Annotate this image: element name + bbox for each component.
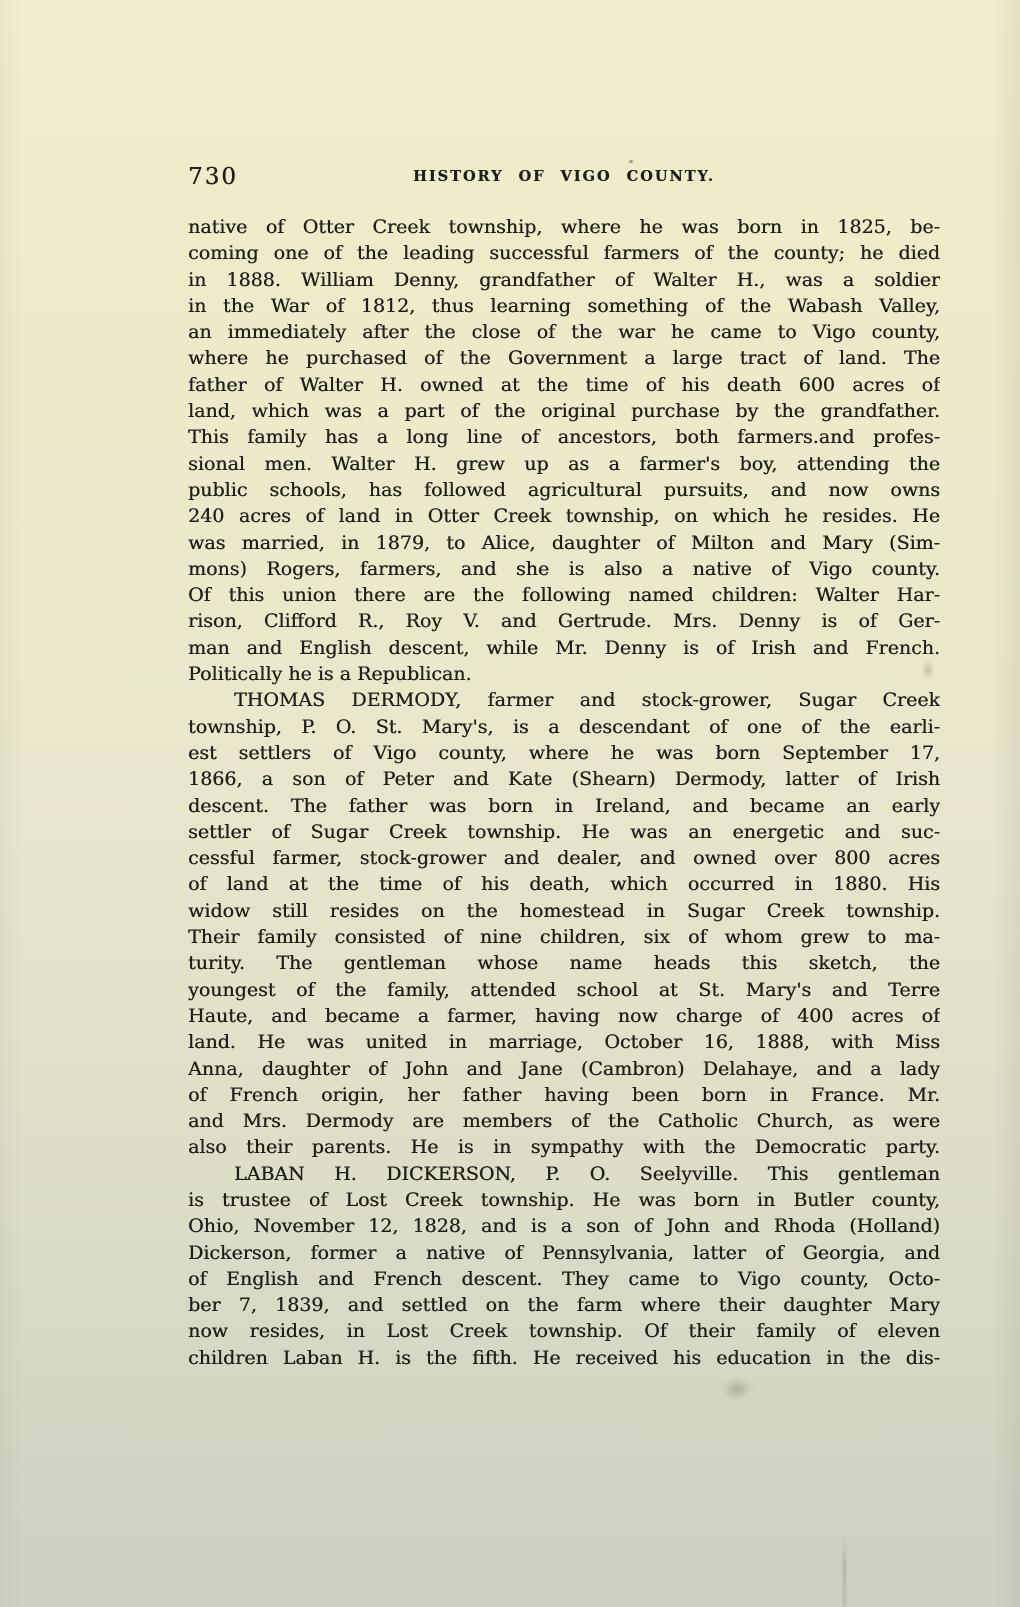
ink-smudge bbox=[722, 1378, 752, 1400]
text-line: cessful farmer, stock-grower and dealer,… bbox=[188, 845, 940, 871]
page-edge-shadow-right bbox=[992, 0, 1020, 1607]
text-line: coming one of the leading successful far… bbox=[188, 240, 940, 266]
text-line: an immediately after the close of the wa… bbox=[188, 319, 940, 345]
text-line: settler of Sugar Creek township. He was … bbox=[188, 819, 940, 845]
text-line: sional men. Walter H. grew up as a farme… bbox=[188, 451, 940, 477]
text-line: in 1888. William Denny, grandfather of W… bbox=[188, 267, 940, 293]
page-number: 730 bbox=[188, 166, 238, 189]
text-line: Haute, and became a farmer, having now c… bbox=[188, 1003, 940, 1029]
text-line: Of this union there are the following na… bbox=[188, 582, 940, 608]
text-line: of French origin, her father having been… bbox=[188, 1082, 940, 1108]
text-line: of land at the time of his death, which … bbox=[188, 871, 940, 897]
text-line: of English and French descent. They came… bbox=[188, 1266, 940, 1292]
text-line: public schools, has followed agricultura… bbox=[188, 477, 940, 503]
text-line: and Mrs. Dermody are members of the Cath… bbox=[188, 1108, 940, 1134]
text-line: also their parents. He is in sympathy wi… bbox=[188, 1134, 940, 1160]
text-line: now resides, in Lost Creek township. Of … bbox=[188, 1318, 940, 1344]
text-line: Ohio, November 12, 1828, and is a son of… bbox=[188, 1213, 940, 1239]
paragraph: native of Otter Creek township, where he… bbox=[188, 214, 940, 687]
text-line: land, which was a part of the original p… bbox=[188, 398, 940, 424]
text-line: Anna, daughter of John and Jane (Cambron… bbox=[188, 1056, 940, 1082]
text-line: Dickerson, former a native of Pennsylvan… bbox=[188, 1240, 940, 1266]
text-line: youngest of the family, attended school … bbox=[188, 977, 940, 1003]
text-line: man and English descent, while Mr. Denny… bbox=[188, 635, 940, 661]
paragraph: LABAN H. DICKERSON, P. O. Seelyville. Th… bbox=[188, 1161, 940, 1371]
ink-speck bbox=[629, 160, 633, 163]
text-line: widow still resides on the homestead in … bbox=[188, 898, 940, 924]
text-line: 1866, a son of Peter and Kate (Shearn) D… bbox=[188, 766, 940, 792]
book-page: 730 HISTORY OF VIGO COUNTY. native of Ot… bbox=[0, 0, 1020, 1607]
paragraph: THOMAS DERMODY, farmer and stock-grower,… bbox=[188, 687, 940, 1160]
text-line: 240 acres of land in Otter Creek townshi… bbox=[188, 503, 940, 529]
page-crease bbox=[843, 1536, 846, 1607]
ink-smudge bbox=[922, 660, 934, 680]
text-line: township, P. O. St. Mary's, is a descend… bbox=[188, 714, 940, 740]
text-block: native of Otter Creek township, where he… bbox=[188, 214, 940, 1371]
text-line: LABAN H. DICKERSON, P. O. Seelyville. Th… bbox=[188, 1161, 940, 1187]
page-edge-shadow-left bbox=[0, 0, 22, 1607]
text-line: Their family consisted of nine children,… bbox=[188, 924, 940, 950]
text-line: THOMAS DERMODY, farmer and stock-grower,… bbox=[188, 687, 940, 713]
text-line: children Laban H. is the fifth. He recei… bbox=[188, 1345, 940, 1371]
page-header: 730 HISTORY OF VIGO COUNTY. bbox=[188, 166, 940, 192]
text-line: where he purchased of the Government a l… bbox=[188, 345, 940, 371]
text-line: descent. The father was born in Ireland,… bbox=[188, 793, 940, 819]
text-line: is trustee of Lost Creek township. He wa… bbox=[188, 1187, 940, 1213]
text-line: Politically he is a Republican. bbox=[188, 661, 940, 687]
text-line: native of Otter Creek township, where he… bbox=[188, 214, 940, 240]
text-line: in the War of 1812, thus learning someth… bbox=[188, 293, 940, 319]
text-line: was married, in 1879, to Alice, daughter… bbox=[188, 530, 940, 556]
text-line: ber 7, 1839, and settled on the farm whe… bbox=[188, 1292, 940, 1318]
text-line: land. He was united in marriage, October… bbox=[188, 1029, 940, 1055]
text-line: This family has a long line of ancestors… bbox=[188, 424, 940, 450]
running-title: HISTORY OF VIGO COUNTY. bbox=[413, 170, 715, 185]
text-line: father of Walter H. owned at the time of… bbox=[188, 372, 940, 398]
text-line: turity. The gentleman whose name heads t… bbox=[188, 950, 940, 976]
text-line: est settlers of Vigo county, where he wa… bbox=[188, 740, 940, 766]
text-line: rison, Clifford R., Roy V. and Gertrude.… bbox=[188, 608, 940, 634]
text-line: mons) Rogers, farmers, and she is also a… bbox=[188, 556, 940, 582]
